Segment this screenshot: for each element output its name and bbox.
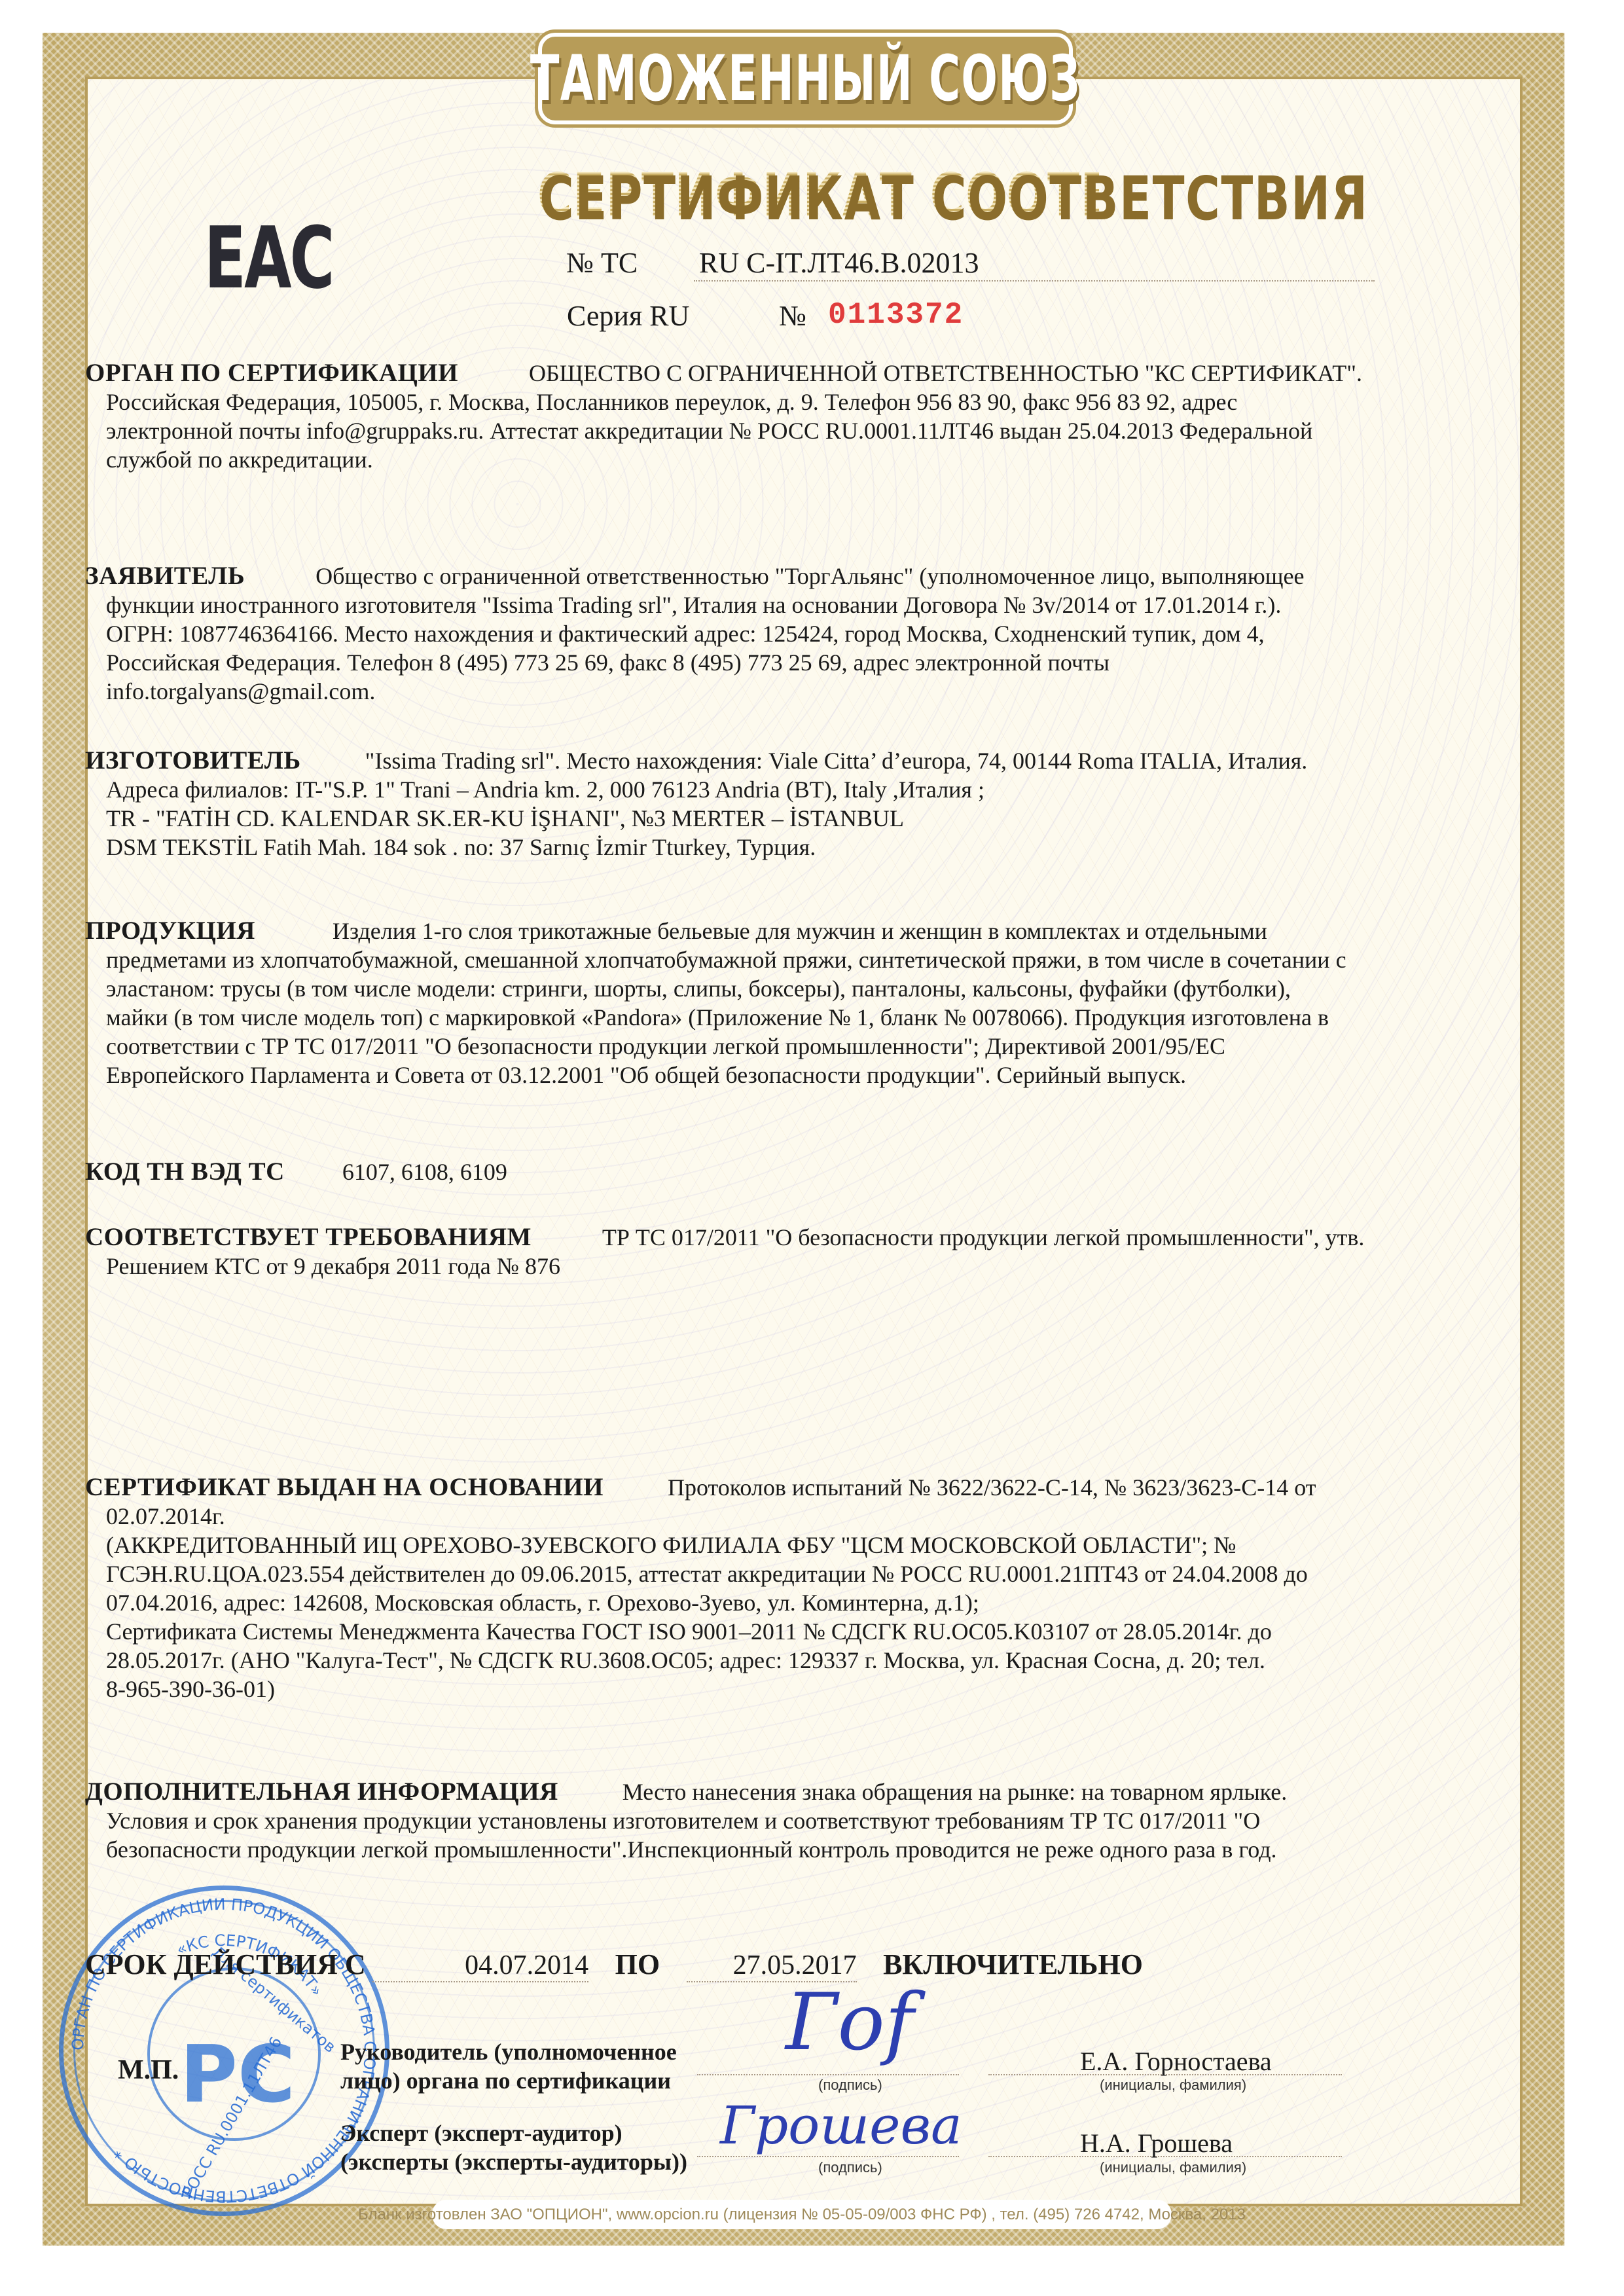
series-number: 0113372 [828, 298, 964, 332]
section-line: майки (в том числе модель топ) с маркиро… [106, 1003, 1346, 1032]
section-line: эластаном: трусы (в том числе модели: ст… [106, 974, 1346, 1003]
section-hs-code: КОД ТН ВЭД ТС 6107, 6108, 6109 [85, 1157, 507, 1186]
tc-number-underline [694, 280, 1375, 282]
validity-label: СРОК ДЕЙСТВИЯ С [85, 1948, 366, 1980]
head-signature-line [697, 2074, 959, 2075]
section-line: Условия и срок хранения продукции устано… [106, 1806, 1287, 1835]
section-heading: ИЗГОТОВИТЕЛЬ [85, 746, 301, 774]
section-applicant: ЗАЯВИТЕЛЬ Общество с ограниченной ответс… [85, 562, 1304, 706]
section-line: Российская Федерация. Телефон 8 (495) 77… [106, 648, 1304, 677]
section-line: ТР ТС 017/2011 "О безопасности продукции… [602, 1224, 1365, 1250]
printer-note: Бланк изготовлен ЗАО "ОПЦИОН", www.opcio… [432, 2200, 1172, 2229]
expert-signature: Грошева [720, 2095, 962, 2156]
expert-signature-caption: (подпись) [818, 2159, 882, 2176]
expert-name: Н.А. Грошева [1080, 2128, 1233, 2159]
series-label: Серия RU [567, 299, 689, 333]
section-line: Место нанесения знака обращения на рынке… [623, 1779, 1287, 1805]
expert-name-caption: (инициалы, фамилия) [1100, 2159, 1246, 2176]
head-signature-caption: (подпись) [818, 2077, 882, 2094]
rst-logo-icon: РС [180, 2030, 295, 2121]
validity-from: 04.07.2014 [372, 1950, 588, 1982]
section-line: DSM TEKSTİL Fatih Mah. 184 sok . no: 37 … [106, 833, 1307, 862]
section-heading: СЕРТИФИКАТ ВЫДАН НА ОСНОВАНИИ [85, 1473, 604, 1501]
section-line: "Issima Trading srl". Место нахождения: … [365, 748, 1308, 774]
section-line: ОГРН: 1087746364166. Место нахождения и … [106, 619, 1304, 648]
section-line: Решением КТС от 9 декабря 2011 года № 87… [106, 1252, 1364, 1281]
section-line: info.torgalyans@gmail.com. [106, 677, 1304, 706]
section-line: службой по аккредитации. [106, 445, 1362, 474]
head-label-line: Руководитель (уполномоченное [340, 2037, 677, 2066]
hs-code-value: 6107, 6108, 6109 [342, 1159, 507, 1185]
expert-label: Эксперт (эксперт-аудитор) (эксперты (экс… [340, 2119, 687, 2176]
customs-union-banner: ТАМОЖЕННЫЙ СОЮЗ [538, 33, 1073, 124]
head-signature: Гоf [785, 1977, 914, 2068]
section-line: (АККРЕДИТОВАННЫЙ ИЦ ОРЕХОВО-ЗУЕВСКОГО ФИ… [106, 1531, 1316, 1559]
section-additional-info: ДОПОЛНИТЕЛЬНАЯ ИНФОРМАЦИЯ Место нанесени… [85, 1777, 1287, 1864]
section-line: Российская Федерация, 105005, г. Москва,… [106, 388, 1362, 416]
section-product: ПРОДУКЦИЯ Изделия 1-го слоя трикотажные … [85, 917, 1346, 1089]
section-line: 07.04.2016, адрес: 142608, Московская об… [106, 1588, 1316, 1617]
expert-label-line: (эксперты (эксперты-аудиторы)) [340, 2147, 687, 2176]
section-line: Адреса филиалов: IT-"S.P. 1" Trani – And… [106, 775, 1307, 804]
section-conforms-to: СООТВЕТСТВУЕТ ТРЕБОВАНИЯМ ТР ТС 017/2011… [85, 1223, 1364, 1281]
expert-label-line: Эксперт (эксперт-аудитор) [340, 2119, 687, 2147]
section-line: 02.07.2014г. [106, 1502, 1316, 1531]
head-name: Е.А. Горностаева [1080, 2046, 1272, 2077]
section-line: Общество с ограниченной ответственностью… [316, 563, 1304, 589]
section-line: TR - "FATİH CD. KALENDAR SK.ER-KU İŞHANI… [106, 804, 1307, 833]
section-heading: ПРОДУКЦИЯ [85, 917, 255, 945]
seal-label: М.П. [118, 2056, 179, 2085]
section-heading: ДОПОЛНИТЕЛЬНАЯ ИНФОРМАЦИЯ [85, 1777, 558, 1806]
section-heading: СООТВЕТСТВУЕТ ТРЕБОВАНИЯМ [85, 1223, 532, 1251]
section-manufacturer: ИЗГОТОВИТЕЛЬ "Issima Trading srl". Место… [85, 746, 1307, 862]
section-line: электронной почты info@gruppaks.ru. Атте… [106, 416, 1362, 445]
section-issued-on-basis: СЕРТИФИКАТ ВЫДАН НА ОСНОВАНИИ Протоколов… [85, 1473, 1316, 1704]
section-certification-body: ОРГАН ПО СЕРТИФИКАЦИИ ОБЩЕСТВО С ОГРАНИЧ… [85, 359, 1362, 474]
section-heading: КОД ТН ВЭД ТС [85, 1157, 285, 1186]
tc-number-value: RU C-IT.ЛТ46.В.02013 [699, 246, 979, 280]
certificate-title: СЕРТИФИКАТ СООТВЕТСТВИЯ [537, 160, 1099, 230]
tc-number-label: № ТС [566, 246, 638, 280]
series-number-sign: № [779, 299, 806, 333]
section-line: 28.05.2017г. (АНО "Калуга-Тест", № СДСГК… [106, 1646, 1316, 1675]
section-line: Сертификата Системы Менеджмента Качества… [106, 1617, 1316, 1646]
section-line: 8-965-390-36-01) [106, 1675, 1316, 1704]
section-heading: ЗАЯВИТЕЛЬ [85, 562, 245, 590]
validity-to-label: ПО [615, 1948, 660, 1980]
head-label-line: лицо) органа по сертификации [340, 2066, 677, 2095]
validity-suffix: ВКЛЮЧИТЕЛЬНО [883, 1948, 1143, 1980]
head-name-caption: (инициалы, фамилия) [1100, 2077, 1246, 2094]
validity-period: СРОК ДЕЙСТВИЯ С 04.07.2014 ПО 27.05.2017… [85, 1948, 1143, 1982]
customs-union-title: ТАМОЖЕННЫЙ СОЮЗ [530, 42, 1081, 115]
section-line: безопасности продукции легкой промышленн… [106, 1835, 1287, 1864]
head-label: Руководитель (уполномоченное лицо) орган… [340, 2037, 677, 2095]
eac-mark-icon: EAC [204, 208, 333, 308]
section-line: ОБЩЕСТВО С ОГРАНИЧЕННОЙ ОТВЕТСТВЕННОСТЬЮ… [529, 360, 1362, 386]
section-heading: ОРГАН ПО СЕРТИФИКАЦИИ [85, 359, 458, 387]
section-line: Европейского Парламента и Совета от 03.1… [106, 1061, 1346, 1089]
section-line: предметами из хлопчатобумажной, смешанно… [106, 945, 1346, 974]
section-line: соответствии с ТР ТС 017/2011 "О безопас… [106, 1032, 1346, 1061]
section-line: ГСЭН.RU.ЦОА.023.554 действителен до 09.0… [106, 1559, 1316, 1588]
section-line: функции иностранного изготовителя "Issim… [106, 591, 1304, 619]
section-line: Изделия 1-го слоя трикотажные бельевые д… [333, 918, 1267, 944]
expert-signature-line [697, 2156, 959, 2157]
section-line: Протоколов испытаний № 3622/3622-С-14, №… [668, 1474, 1316, 1501]
